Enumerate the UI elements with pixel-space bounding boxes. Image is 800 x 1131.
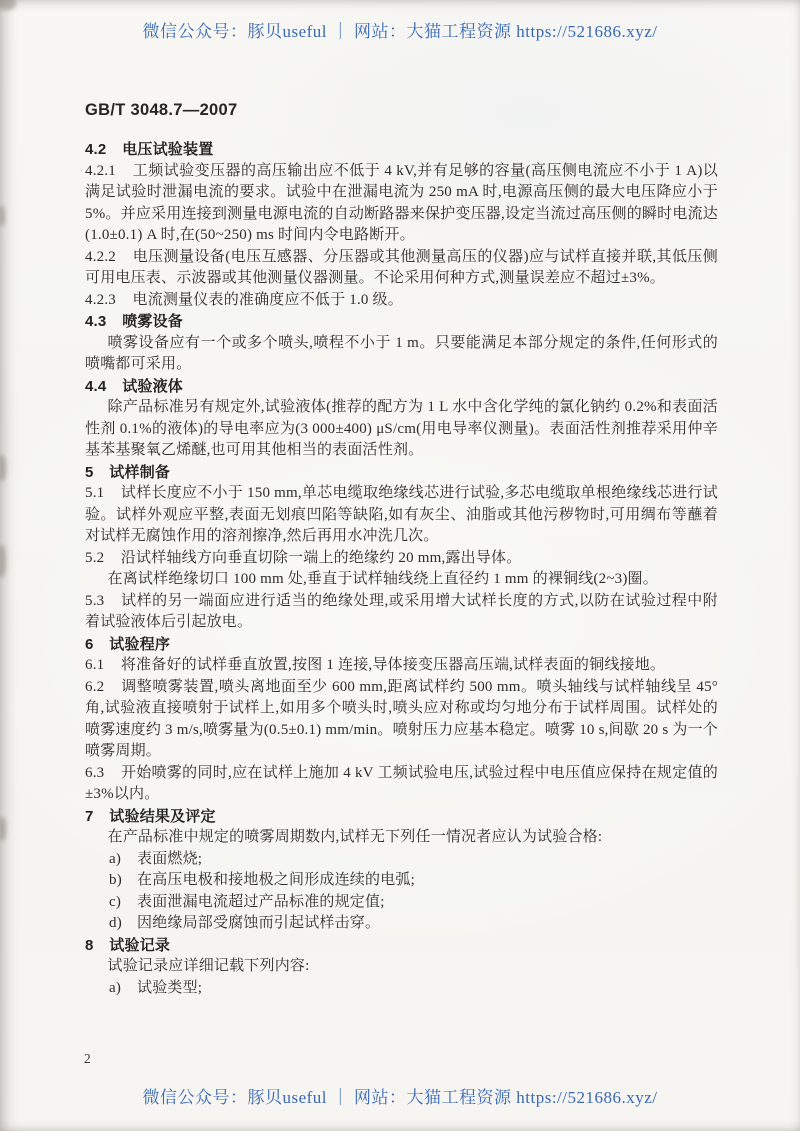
list-item-c: c)表面泄漏电流超过产品标准的规定值; [85,892,718,914]
paragraph-6-2: 6.2调整喷雾装置,喷头离地面至少 600 mm,距离试样约 500 mm。喷头… [85,677,718,763]
paragraph-5-1: 5.1试样长度应不小于 150 mm,单芯电缆取绝缘线芯进行试验,多芯电缆取单根… [85,483,718,548]
paragraph-text: 除产品标准另有规定外,试验液体(推荐的配方为 1 L 水中含化学纯的氯化钠约 0… [85,399,718,458]
list-label: b) [109,870,137,892]
section-heading-4-3: 4.3喷雾设备 [85,311,718,333]
list-item-d: d)因绝缘局部受腐蚀而引起试样击穿。 [85,913,718,935]
paragraph-text: 沿试样轴线方向垂直切除一端上的绝缘约 20 mm,露出导体。 [121,550,522,566]
clause-number: 4.2.1 [85,163,116,179]
chapter-heading-8: 8试验记录 [85,935,718,957]
heading-number: 7 [85,808,94,825]
paragraph-4-2-3: 4.2.3电流测量仪表的准确度应不低于 1.0 级。 [85,290,718,312]
clause-number: 4.2.3 [85,292,116,308]
heading-number: 5 [85,464,94,481]
paragraph-text: 电流测量仪表的准确度应不低于 1.0 级。 [133,292,403,308]
list-item-8-a: a)试验类型; [85,978,718,1000]
standard-number: GB/T 3048.7—2007 [85,101,237,120]
paragraph-text: 将准备好的试样垂直放置,按图 1 连接,导体接变压器高压端,试样表面的铜线接地。 [121,657,665,673]
clause-number: 5.2 [85,550,104,566]
scan-artifact [0,817,6,841]
paragraph-5-2-continued: 在离试样绝缘切口 100 mm 处,垂直于试样轴线绕上直径约 1 mm 的裸铜线… [85,569,718,591]
paragraph-5-3: 5.3试样的另一端面应进行适当的绝缘处理,或采用增大试样长度的方式,以防在试验过… [85,591,718,634]
clause-number: 6.2 [85,679,104,695]
paragraph-text: 在产品标准中规定的喷雾周期数内,试样无下列任一情况者应认为试验合格: [108,829,603,845]
paragraph-7-intro: 在产品标准中规定的喷雾周期数内,试样无下列任一情况者应认为试验合格: [85,827,718,849]
paragraph-4-2-1: 4.2.1工频试验变压器的高压输出应不低于 4 kV,并有足够的容量(高压侧电流… [85,161,718,247]
paragraph-4-4-body: 除产品标准另有规定外,试验液体(推荐的配方为 1 L 水中含化学纯的氯化钠约 0… [85,397,718,462]
paragraph-6-3: 6.3开始喷雾的同时,应在试样上施加 4 kV 工频试验电压,试验过程中电压值应… [85,763,718,806]
list-label: c) [109,892,137,914]
heading-number: 4.3 [85,313,106,330]
scan-artifact [0,545,6,577]
clause-number: 5.1 [85,485,104,501]
section-heading-4-2: 4.2电压试验装置 [85,139,718,161]
heading-title: 喷雾设备 [122,313,183,330]
heading-number: 8 [85,937,94,954]
paragraph-text: 开始喷雾的同时,应在试样上施加 4 kV 工频试验电压,试验过程中电压值应保持在… [85,765,718,803]
list-label: d) [109,913,137,935]
paragraph-text: 在离试样绝缘切口 100 mm 处,垂直于试样轴线绕上直径约 1 mm 的裸铜线… [108,571,658,587]
paragraph-text: 调整喷雾装置,喷头离地面至少 600 mm,距离试样约 500 mm。喷头轴线与… [85,679,718,760]
list-text: 表面燃烧; [137,851,202,867]
scan-artifact [0,455,6,481]
list-label: a) [109,978,137,1000]
watermark-bottom: 微信公众号：豚贝useful ｜ 网站：大猫工程资源 https://52168… [0,1083,800,1108]
list-text: 在高压电极和接地极之间形成连续的电弧; [137,872,415,888]
paragraph-text: 试样的另一端面应进行适当的绝缘处理,或采用增大试样长度的方式,以防在试验过程中附… [85,593,718,631]
scan-artifact [0,206,5,226]
clause-number: 6.1 [85,657,104,673]
paragraph-text: 试样长度应不小于 150 mm,单芯电缆取绝缘线芯进行试验,多芯电缆取单根绝缘线… [85,485,718,544]
heading-title: 试验记录 [109,937,170,954]
heading-title: 电压试验装置 [122,141,213,158]
page-number: 2 [84,1051,91,1067]
clause-number: 4.2.2 [85,249,116,265]
heading-number: 4.4 [85,378,106,395]
paragraph-text: 工频试验变压器的高压输出应不低于 4 kV,并有足够的容量(高压侧电流应不小于 … [85,163,718,244]
paragraph-6-1: 6.1将准备好的试样垂直放置,按图 1 连接,导体接变压器高压端,试样表面的铜线… [85,655,718,677]
clause-number: 6.3 [85,765,104,781]
paragraph-text: 喷雾设备应有一个或多个喷头,喷程不小于 1 m。只要能满足本部分规定的条件,任何… [85,335,718,373]
heading-title: 试验程序 [109,636,170,653]
paragraph-4-3-body: 喷雾设备应有一个或多个喷头,喷程不小于 1 m。只要能满足本部分规定的条件,任何… [85,333,718,376]
paragraph-4-2-2: 4.2.2电压测量设备(电压互感器、分压器或其他测量高压的仪器)应与试样直接并联… [85,247,718,290]
heading-title: 试样制备 [109,464,170,481]
paragraph-8-intro: 试验记录应详细记载下列内容: [85,956,718,978]
heading-number: 4.2 [85,141,106,158]
watermark-top: 微信公众号：豚贝useful ｜ 网站：大猫工程资源 https://52168… [0,17,800,42]
list-item-a: a)表面燃烧; [85,849,718,871]
chapter-heading-7: 7试验结果及评定 [85,806,718,828]
list-text: 试验类型; [137,980,202,996]
heading-title: 试验液体 [122,378,183,395]
heading-number: 6 [85,636,94,653]
chapter-heading-5: 5试样制备 [85,462,718,484]
paragraph-text: 电压测量设备(电压互感器、分压器或其他测量高压的仪器)应与试样直接并联,其低压侧… [85,249,718,287]
chapter-heading-6: 6试验程序 [85,634,718,656]
list-text: 因绝缘局部受腐蚀而引起试样击穿。 [137,915,380,931]
section-heading-4-4: 4.4试验液体 [85,376,718,398]
clause-number: 5.3 [85,593,104,609]
document-content: 4.2电压试验装置 4.2.1工频试验变压器的高压输出应不低于 4 kV,并有足… [85,139,718,999]
list-text: 表面泄漏电流超过产品标准的规定值; [137,894,385,910]
heading-title: 试验结果及评定 [109,808,215,825]
paragraph-5-2: 5.2沿试样轴线方向垂直切除一端上的绝缘约 20 mm,露出导体。 [85,548,718,570]
scan-artifact [0,0,16,10]
scanned-document-page: 微信公众号：豚贝useful ｜ 网站：大猫工程资源 https://52168… [0,0,800,1131]
list-label: a) [109,849,137,871]
list-item-b: b)在高压电极和接地极之间形成连续的电弧; [85,870,718,892]
paragraph-text: 试验记录应详细记载下列内容: [108,958,310,974]
